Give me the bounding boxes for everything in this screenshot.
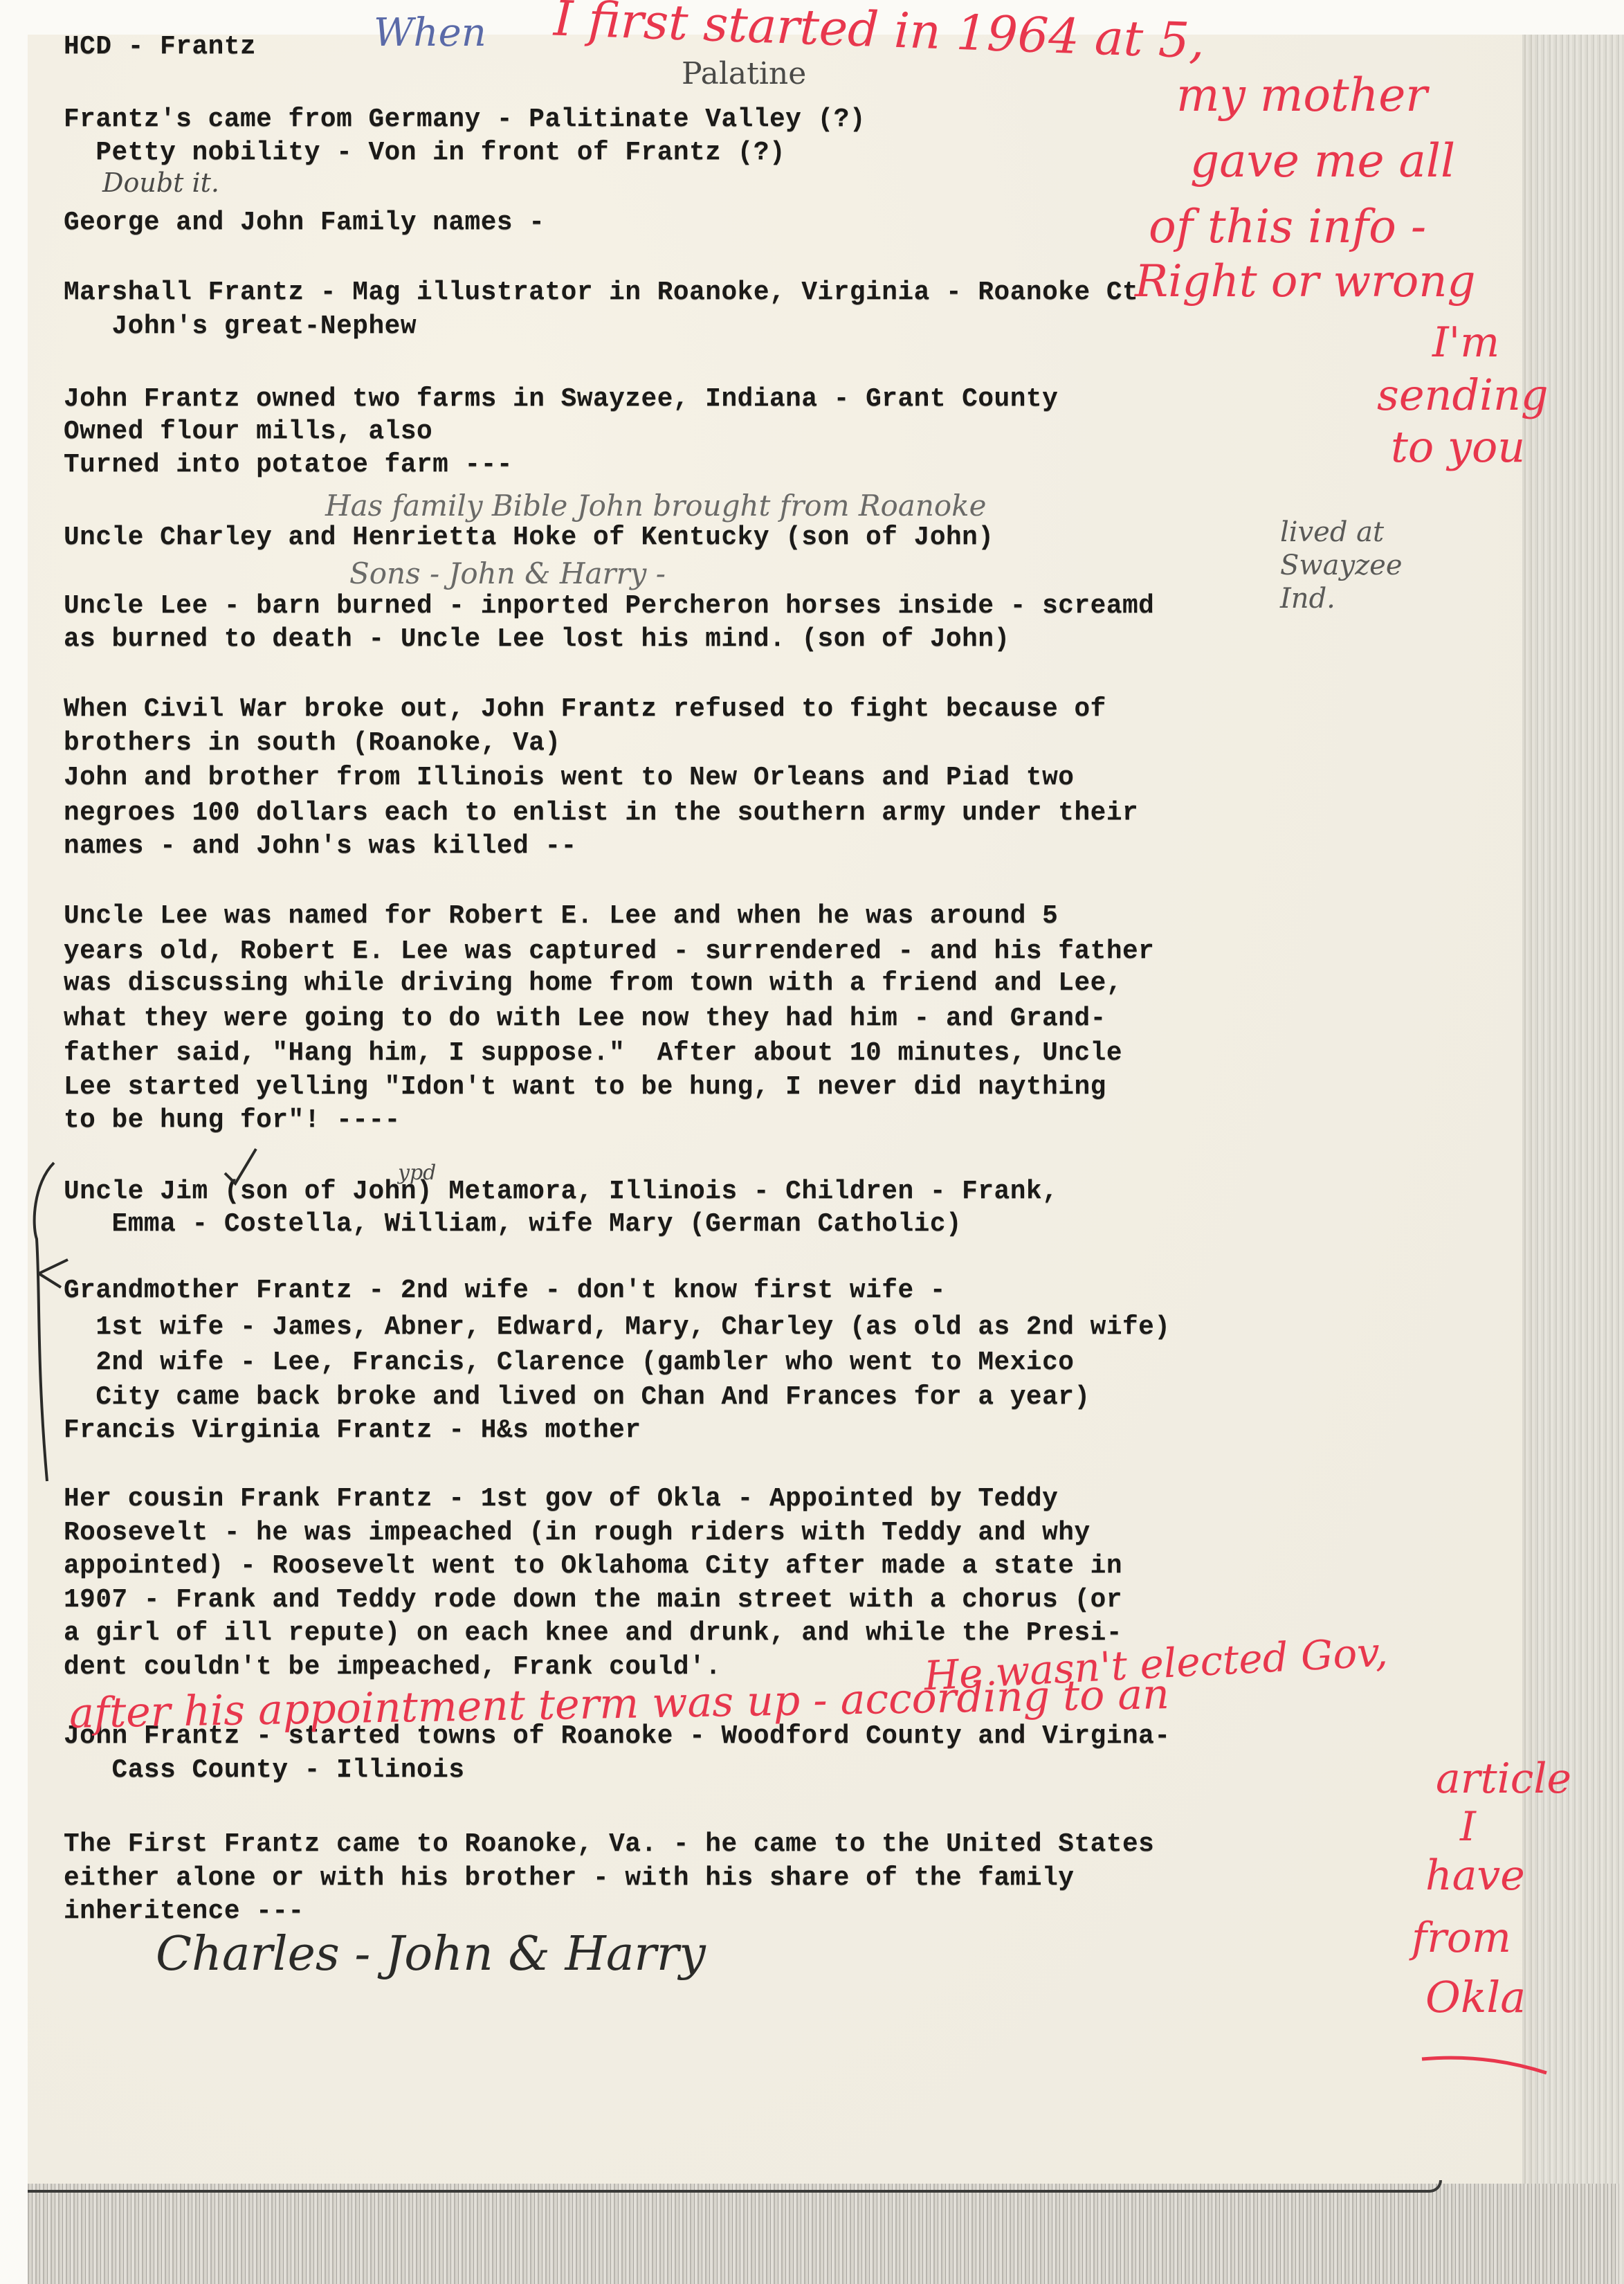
annotation-metamora: ypd [398, 1163, 436, 1184]
typed-line: Frantz's came from Germany - Palitinate … [64, 107, 866, 134]
typed-line: 1st wife - James, Abner, Edward, Mary, C… [64, 1315, 1171, 1341]
annotation-red-margin-line: Right or wrong [1135, 260, 1475, 304]
annotation-blue-when: When [374, 14, 486, 53]
typed-line: negroes 100 dollars each to enlist in th… [64, 801, 1138, 827]
typed-line: George and John Family names - [64, 210, 545, 237]
typed-line: When Civil War broke out, John Frantz re… [64, 697, 1106, 723]
typed-line: Her cousin Frank Frantz - 1st gov of Okl… [64, 1487, 1058, 1513]
paper-bottom-edge [28, 2180, 1442, 2193]
typed-line: dent couldn't be impeached, Frank could'… [64, 1655, 721, 1681]
annotation-red-margin-bottom: I [1460, 1806, 1476, 1847]
typed-line: Turned into potatoe farm --- [64, 453, 513, 479]
signature: Charles - John & Harry [156, 1931, 706, 1978]
typed-line: Emma - Costella, William, wife Mary (Ger… [64, 1212, 962, 1238]
typed-line: years old, Robert E. Lee was captured - … [64, 939, 1154, 966]
typed-line: appointed) - Roosevelt went to Oklahoma … [64, 1554, 1122, 1580]
bracket-arrow-mark [26, 1156, 82, 1502]
annotation-red-margin-line: to you [1391, 426, 1525, 469]
typed-line: what they were going to do with Lee now … [64, 1006, 1106, 1033]
typed-line: Uncle Lee was named for Robert E. Lee an… [64, 904, 1058, 930]
typed-line: names - and John's was killed -- [64, 834, 577, 860]
typed-line: 1907 - Frank and Teddy rode down the mai… [64, 1588, 1122, 1614]
typed-line: either alone or with his brother - with … [64, 1866, 1074, 1892]
annotation-doubt-it: Doubt it. [102, 170, 219, 196]
typed-line: 2nd wife - Lee, Francis, Clarence (gambl… [64, 1350, 1074, 1377]
annotation-red-margin-bottom: article [1436, 1758, 1571, 1800]
typed-line: was discussing while driving home from t… [64, 971, 1122, 997]
annotation-red-margin-line: sending [1377, 374, 1549, 417]
annotation-red-margin-line: my mother [1176, 73, 1427, 118]
typed-line: Uncle Jim (son of John) Metamora, Illino… [64, 1179, 1058, 1206]
typed-line: Francis Virginia Frantz - H&s mother [64, 1418, 641, 1444]
scan-background-bottom [28, 2184, 1619, 2284]
typed-line: father said, "Hang him, I suppose." Afte… [64, 1041, 1122, 1067]
typed-line: to be hung for"! ---- [64, 1108, 401, 1134]
annotation-red-margin-line: of this info - [1149, 204, 1426, 250]
typed-line: brothers in south (Roanoke, Va) [64, 731, 561, 757]
typed-line: Roosevelt - he was impeached (in rough r… [64, 1521, 1091, 1547]
annotation-charley-below: Sons - John & Harry - [349, 559, 666, 588]
check-mark [221, 1145, 263, 1187]
annotation-charley-above: Has family Bible John brought from Roano… [325, 491, 986, 520]
typed-line: Owned flour mills, also [64, 419, 432, 446]
red-underline-mark [1418, 2049, 1557, 2083]
typed-line: City came back broke and lived on Chan A… [64, 1385, 1091, 1411]
annotation-red-margin-bottom: have [1425, 1855, 1525, 1896]
annotation-palatine: Palatine [682, 59, 806, 89]
typed-line: Petty nobility - Von in front of Frantz … [64, 141, 785, 167]
typed-line: a girl of ill repute) on each knee and d… [64, 1621, 1122, 1647]
typed-line: Uncle Charley and Henrietta Hoke of Kent… [64, 525, 994, 552]
annotation-charley-right: lived at Swayzee Ind. [1280, 516, 1432, 615]
annotation-red-margin-bottom: from [1412, 1917, 1511, 1959]
annotation-red-margin-line: gave me all [1190, 138, 1455, 184]
typed-line: The First Frantz came to Roanoke, Va. - … [64, 1832, 1154, 1858]
typed-line: Lee started yelling "Idon't want to be h… [64, 1075, 1106, 1101]
typed-line: Cass County - Illinois [64, 1758, 465, 1784]
typed-line: as burned to death - Uncle Lee lost his … [64, 627, 1010, 653]
annotation-red-margin-bottom: Okla [1425, 1976, 1526, 2019]
header-title: HCD - Frantz [64, 35, 256, 61]
typed-line: John's great-Nephew [64, 314, 417, 341]
typed-line: Uncle Lee - barn burned - inported Perch… [64, 594, 1154, 620]
typed-line: John Frantz owned two farms in Swayzee, … [64, 387, 1058, 413]
typed-line: inheritence --- [64, 1899, 304, 1925]
typed-line: Marshall Frantz - Mag illustrator in Roa… [64, 280, 1138, 307]
typed-line: John and brother from Illinois went to N… [64, 765, 1074, 792]
typed-line: Grandmother Frantz - 2nd wife - don't kn… [64, 1278, 946, 1305]
annotation-red-margin-line: I'm [1432, 322, 1499, 363]
